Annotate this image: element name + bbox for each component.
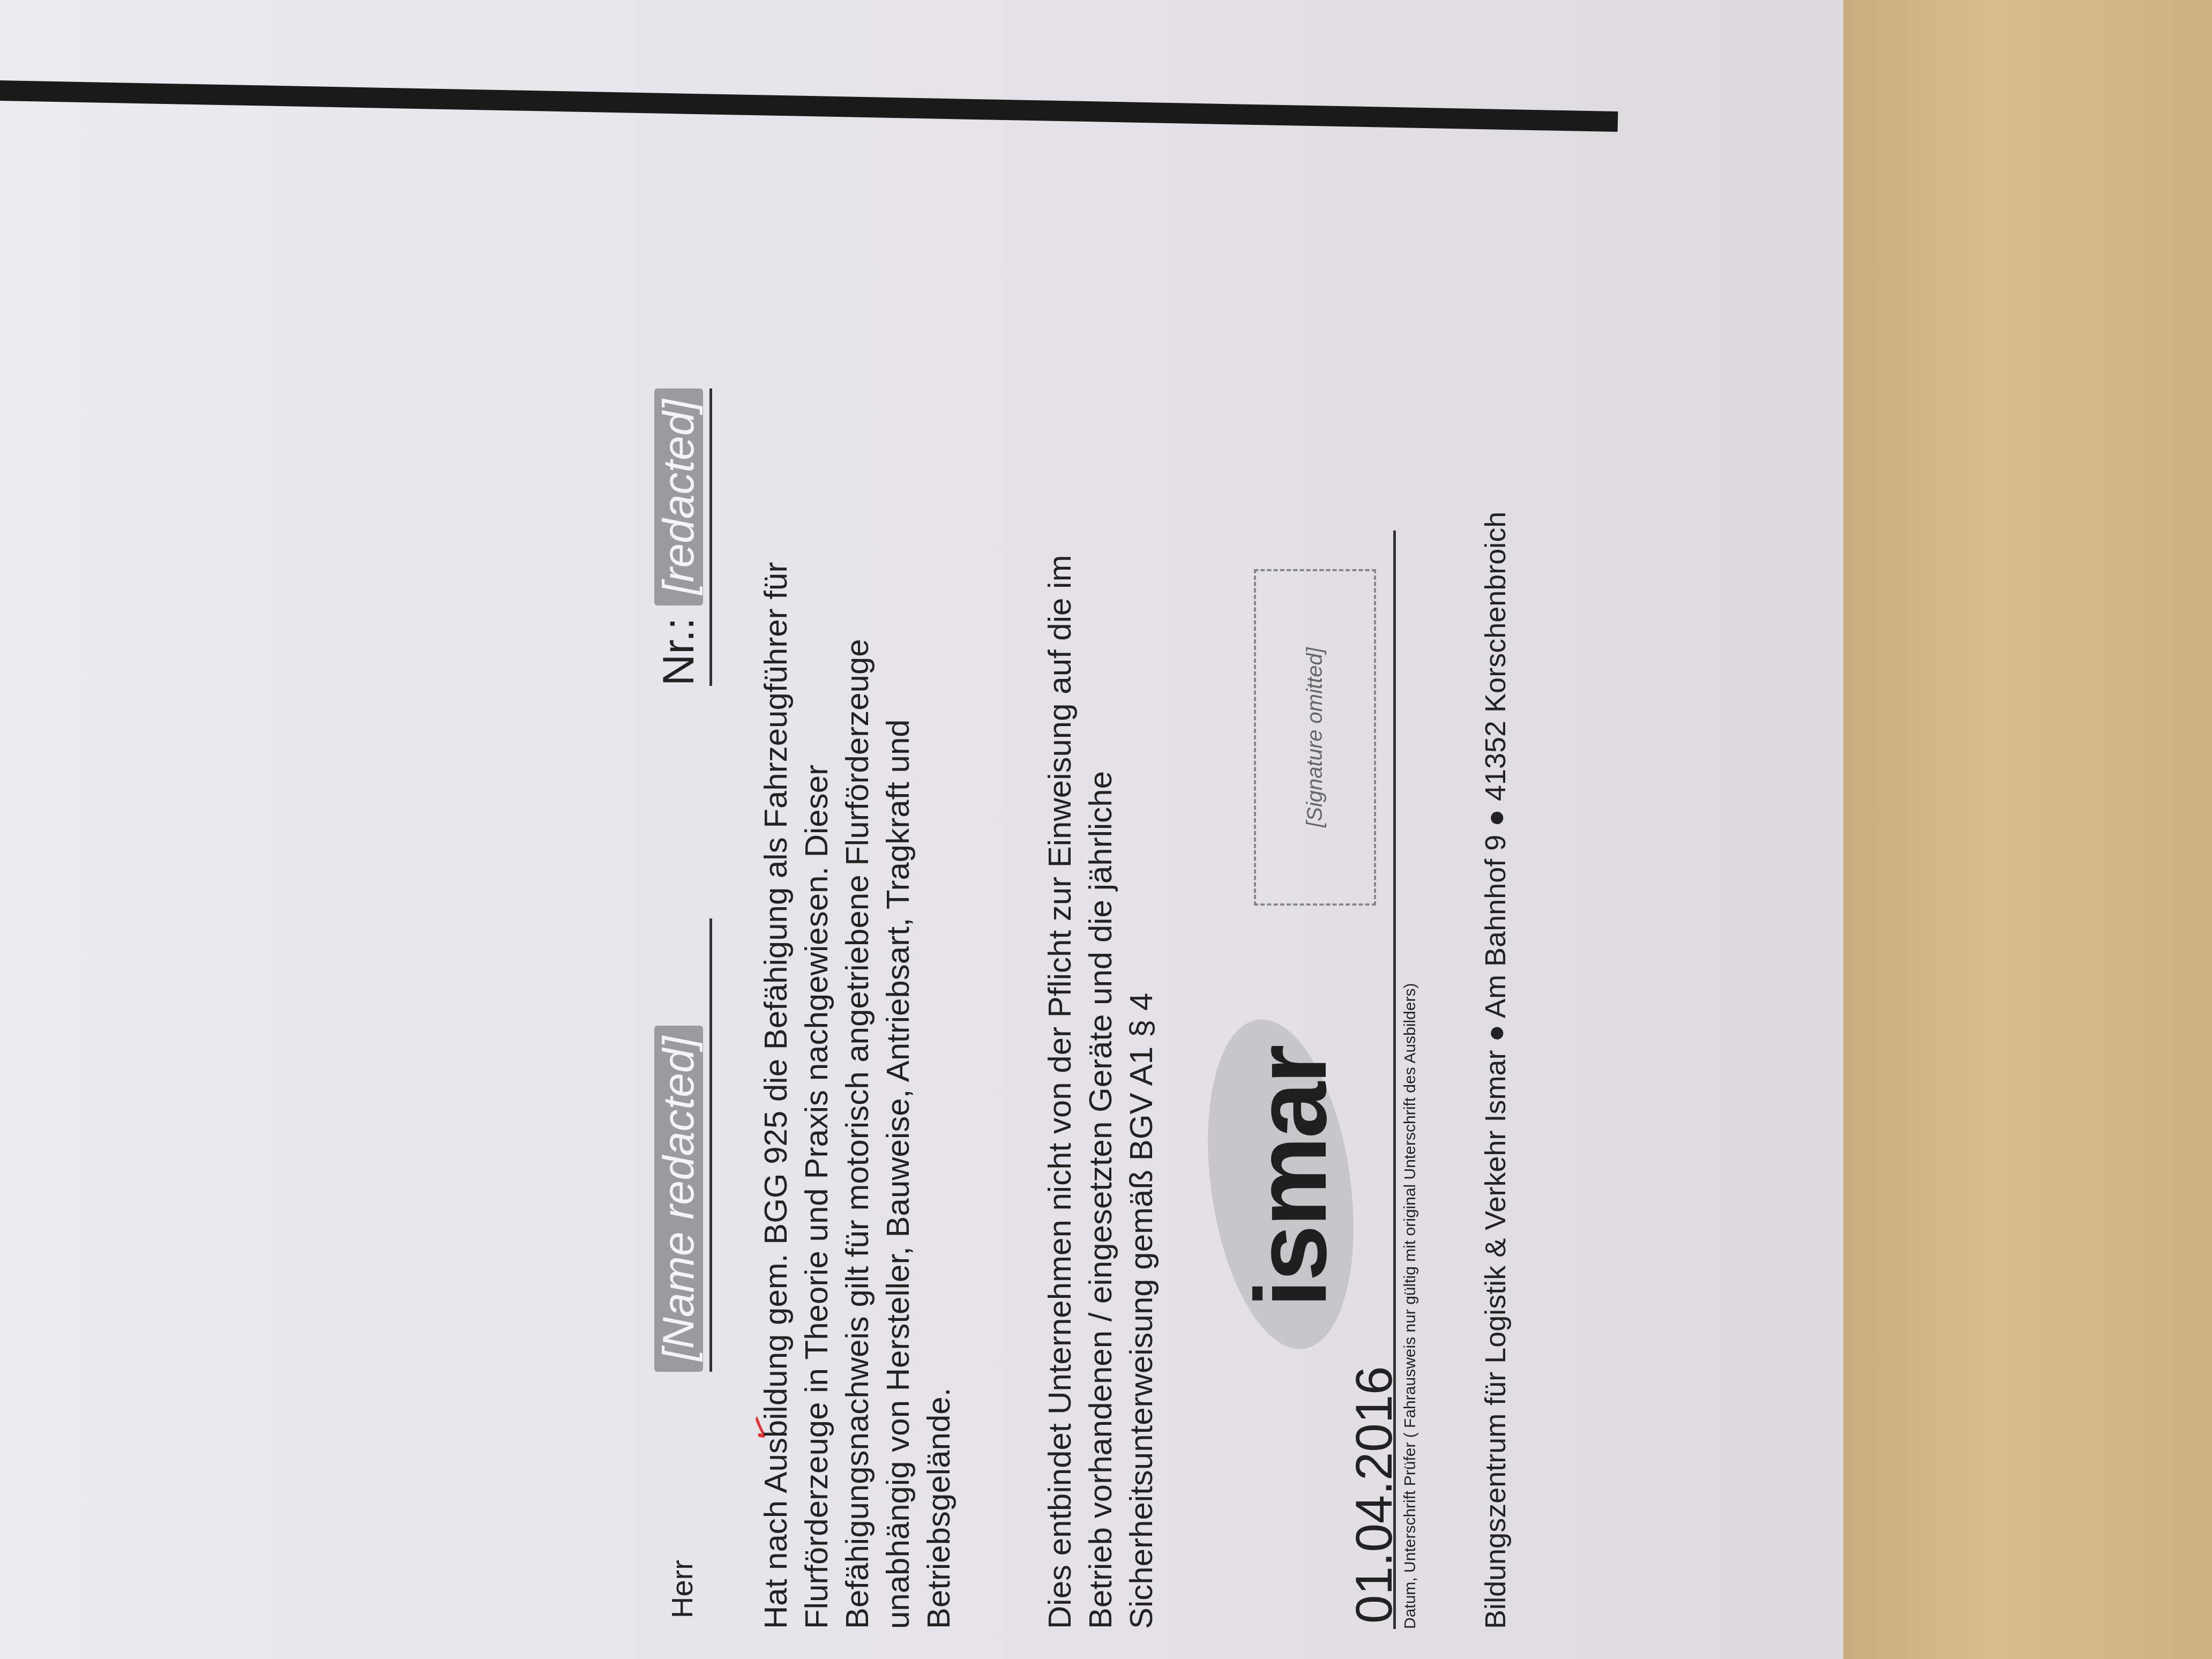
header-bar (0, 80, 1618, 132)
issuer-logo: ismar (1232, 1047, 1349, 1307)
signature-line (1393, 530, 1396, 1629)
holder-name-redacted: [Name redacted] (654, 1026, 703, 1372)
signature-placeholder: [Signature omitted] (1254, 569, 1376, 906)
holder-name: [Name redacted] (654, 918, 712, 1372)
signature-caption: Datum, Unterschrift Prüfer ( Fahrausweis… (1401, 983, 1419, 1629)
certificate-content: Herr [Name redacted] Nr.: [redacted] Hat… (654, 236, 1565, 1629)
certificate-number-redacted: [redacted] (654, 388, 703, 606)
salutation: Herr (664, 1560, 699, 1618)
wooden-table-surface (1842, 0, 2212, 1659)
certificate-number-label: Nr.: (654, 617, 703, 686)
issuer-footer: Bildungszentrum für Logistik & Verkehr I… (1479, 512, 1512, 1629)
qualification-text: Hat nach Ausbildung gem. BGG 925 die Bef… (756, 477, 959, 1629)
certificate-number: Nr.: [redacted] (654, 388, 712, 686)
obligation-notice: Dies entbindet Unternehmen nicht von der… (1040, 477, 1162, 1629)
certificate-paper: ✓ Herr [Name redacted] Nr.: [redacted] H… (0, 0, 1843, 1659)
